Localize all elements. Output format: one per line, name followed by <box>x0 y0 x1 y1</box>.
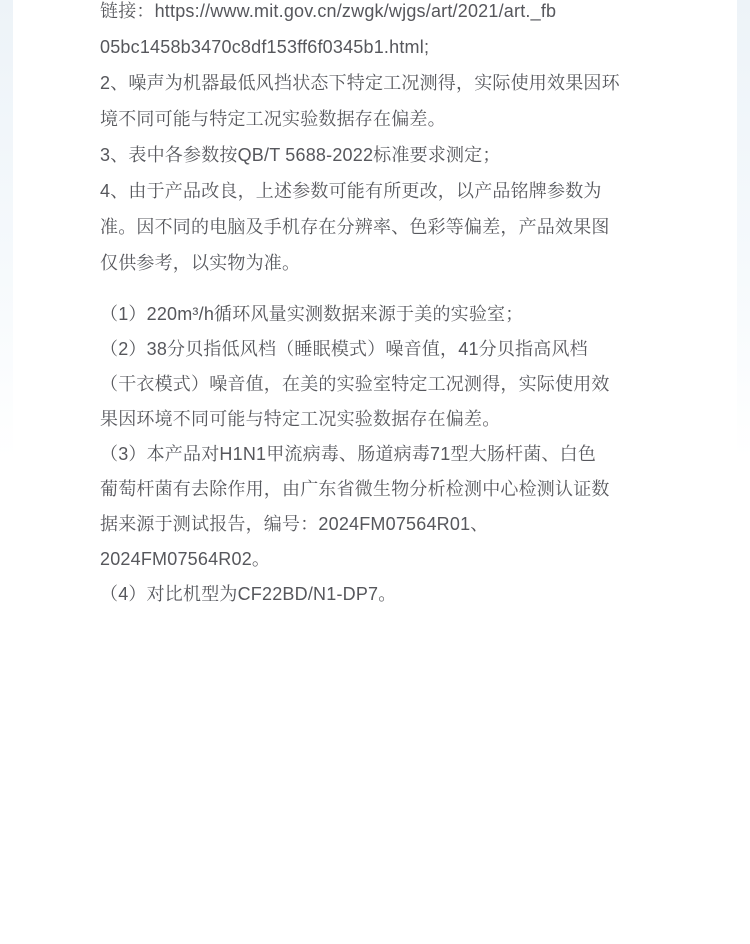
disclaimer-text-block: 链接：https://www.mit.gov.cn/zwgk/wjgs/art/… <box>100 0 686 612</box>
product-detail-page: 链接：https://www.mit.gov.cn/zwgk/wjgs/art/… <box>0 0 750 944</box>
text-line: 2、噪声为机器最低风挡状态下特定工况测得，实际使用效果因环 <box>100 65 686 101</box>
left-edge-tint <box>0 0 13 460</box>
text-line: （2）38分贝指低风档（睡眠模式）噪音值，41分贝指高风档 <box>100 332 686 367</box>
text-line: （4）对比机型为CF22BD/N1-DP7。 <box>100 577 686 612</box>
text-line: 仅供参考，以实物为准。 <box>100 245 686 281</box>
text-line: 05bc1458b3470c8df153ff6f0345b1.html; <box>100 29 686 65</box>
right-edge-tint <box>737 0 750 460</box>
text-line: 准。因不同的电脑及手机存在分辨率、色彩等偏差，产品效果图 <box>100 209 686 245</box>
footnotes-paragraph: （1）220m³/h循环风量实测数据来源于美的实验室；（2）38分贝指低风档（睡… <box>100 297 686 612</box>
text-line: 2024FM07564R02。 <box>100 542 686 577</box>
text-line: （干衣模式）噪音值，在美的实验室特定工况测得，实际使用效 <box>100 367 686 402</box>
text-line: 果因环境不同可能与特定工况实验数据存在偏差。 <box>100 402 686 437</box>
text-line: 3、表中各参数按QB/T 5688-2022标准要求测定； <box>100 137 686 173</box>
text-line: 葡萄杆菌有去除作用，由广东省微生物分析检测中心检测认证数 <box>100 472 686 507</box>
text-line: 4、由于产品改良，上述参数可能有所更改，以产品铭牌参数为 <box>100 173 686 209</box>
text-line: 据来源于测试报告，编号：2024FM07564R01、 <box>100 507 686 542</box>
text-line: （3）本产品对H1N1甲流病毒、肠道病毒71型大肠杆菌、白色 <box>100 437 686 472</box>
text-line: 境不同可能与特定工况实验数据存在偏差。 <box>100 101 686 137</box>
disclaimer-notes-paragraph: 链接：https://www.mit.gov.cn/zwgk/wjgs/art/… <box>100 0 686 281</box>
text-line: 链接：https://www.mit.gov.cn/zwgk/wjgs/art/… <box>100 0 686 29</box>
text-line: （1）220m³/h循环风量实测数据来源于美的实验室； <box>100 297 686 332</box>
